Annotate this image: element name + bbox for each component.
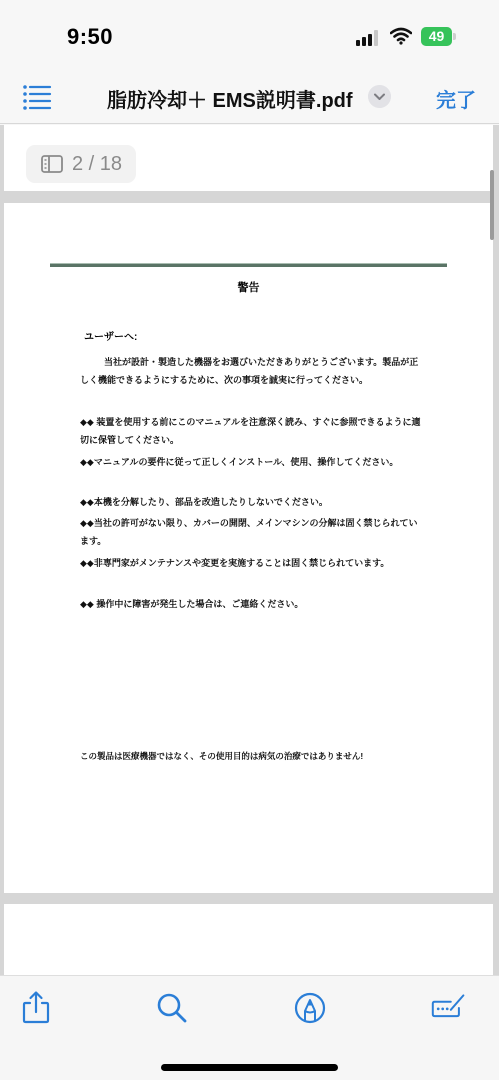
battery-charging-icon: 49 xyxy=(421,27,456,46)
warning-item: ◆◆本機を分解したり、部品を改造したりしないでください。 xyxy=(80,493,426,511)
chevron-down-icon[interactable] xyxy=(368,85,391,108)
sidebar-thumbnails-icon xyxy=(41,155,63,173)
share-icon[interactable] xyxy=(18,990,54,1026)
warning-item: ◆◆当社の許可がない限り、カバーの開閉、メインマシンの分解は固く禁じられています… xyxy=(80,514,426,550)
warning-item: ◆◆非専門家がメンテナンスや変更を実施することは固く禁じられています。 xyxy=(80,554,426,572)
header-rule xyxy=(50,263,447,267)
document-title[interactable]: 脂肪冷却＋ EMS説明書.pdf xyxy=(107,84,353,113)
vertical-scrollbar[interactable] xyxy=(490,170,494,240)
nav-bar: 脂肪冷却＋ EMS説明書.pdf 完了 xyxy=(0,70,499,124)
pdf-page-3 xyxy=(4,904,493,975)
warning-item: ◆◆ 装置を使用する前にこのマニュアルを注意深く読み、すぐに参照できるように適切… xyxy=(80,413,426,449)
pdf-page-2: 警告 ユーザーへ: 当社が設計・製造した機器をお選びいただきありがとうございます… xyxy=(4,203,493,893)
wifi-icon xyxy=(390,27,412,45)
greeting-text: ユーザーへ: xyxy=(84,328,137,343)
status-time: 9:50 xyxy=(67,24,113,50)
page-number-label: 2 / 18 xyxy=(72,153,122,176)
bottom-toolbar xyxy=(0,975,499,1080)
warning-item: ◆◆ 操作中に障害が発生した場合は、ご連絡ください。 xyxy=(80,595,426,613)
home-indicator[interactable] xyxy=(161,1064,338,1071)
signal-icon xyxy=(356,30,382,46)
markup-pen-icon[interactable] xyxy=(292,990,328,1026)
status-bar: 9:50 49 xyxy=(0,0,499,70)
done-button[interactable]: 完了 xyxy=(436,84,476,113)
list-icon[interactable] xyxy=(22,82,52,110)
warning-heading: 警告 xyxy=(4,279,493,295)
page-indicator[interactable]: 2 / 18 xyxy=(26,145,136,183)
warning-item: ◆◆マニュアルの要件に従って正しくインストール、使用、操作してください。 xyxy=(80,453,426,471)
pdf-viewer[interactable]: 2 / 18 警告 ユーザーへ: 当社が設計・製造した機器をお選びいただきありが… xyxy=(0,125,499,975)
intro-paragraph: 当社が設計・製造した機器をお選びいただきありがとうございます。製品が正しく機能で… xyxy=(80,353,426,389)
battery-percent: 49 xyxy=(421,28,452,44)
search-icon[interactable] xyxy=(154,990,190,1026)
disclaimer-note: この製品は医療機器ではなく、その使用目的は病気の治療ではありません! xyxy=(80,750,363,762)
form-fill-icon[interactable] xyxy=(431,990,467,1026)
